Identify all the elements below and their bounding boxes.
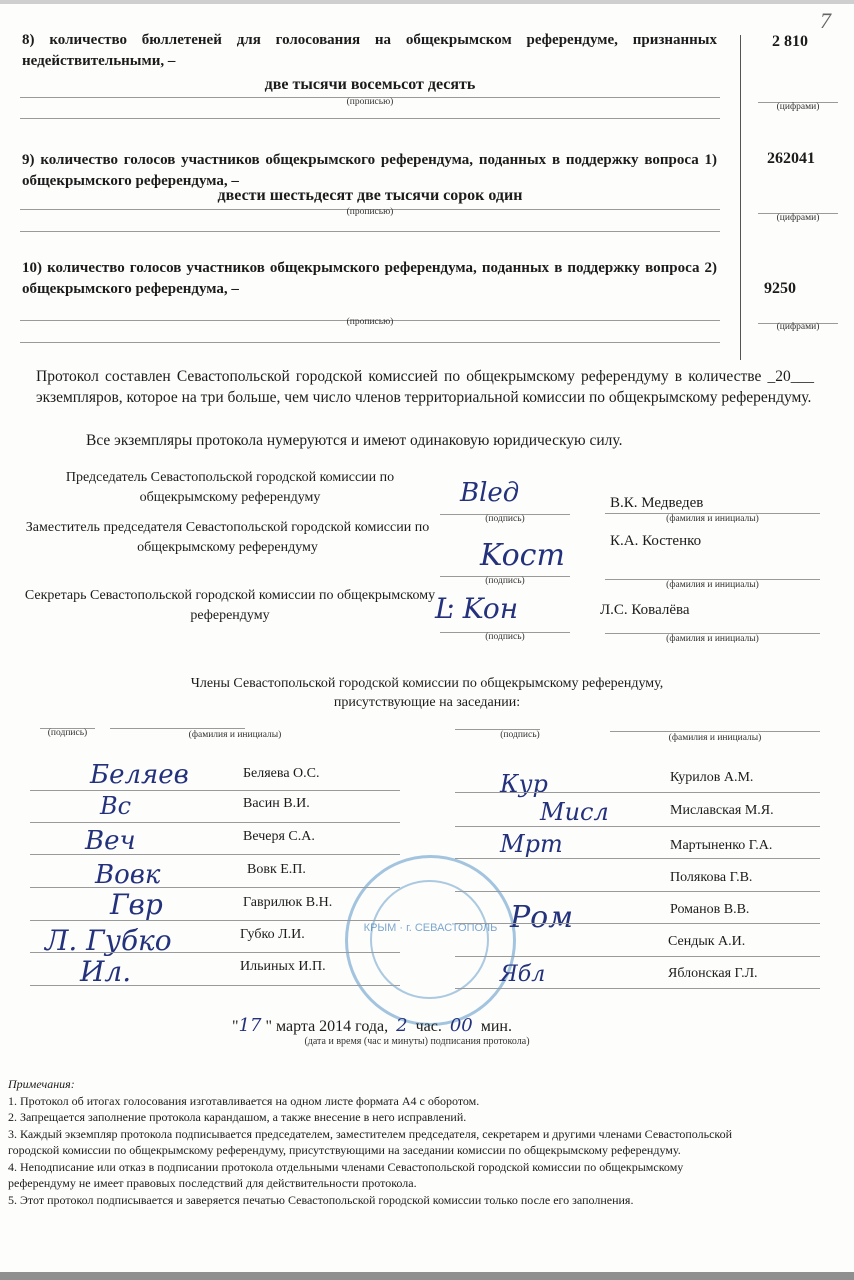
line [610,731,820,732]
minutes-label: мин. [481,1018,512,1035]
line [455,826,820,827]
members-heading-line2: присутствующие на заседании: [0,693,854,713]
item-8-text: 8) количество бюллетеней для голосования… [22,30,717,72]
item-10-digits-caption: (цифрами) [758,322,838,332]
secretary-signature: Ŀ Koн [435,592,518,625]
deputy-chairman-name: К.А. Костенко [610,533,701,550]
name-caption: (фамилия и инициалы) [605,514,820,524]
line [30,790,400,791]
name-caption: (фамилия и инициалы) [605,580,820,590]
member-signature-caption-left: (подпись) [40,728,95,738]
line [30,920,400,921]
note-item: 3. Каждый экземпляр протокола подписывае… [8,1126,778,1159]
notes-section: Примечания: 1. Протокол об итогах голосо… [8,1076,838,1208]
member-name: Гаврилюк В.Н. [243,895,332,911]
item-8-words-caption: (прописью) [20,97,720,107]
hour-label: час. [416,1018,442,1035]
line [110,728,245,729]
member-name: Васин В.И. [243,796,310,812]
item-10-words-caption: (прописью) [20,317,720,327]
member-name: Губко Л.И. [240,927,305,943]
signature-caption: (подпись) [440,576,570,586]
scan-top-edge [0,0,854,4]
member-name: Сендык А.И. [668,934,745,950]
member-name: Полякова Г.В. [670,870,752,886]
note-item: 4. Неподписание или отказ в подписании п… [8,1159,738,1192]
item-10-digits: 9250 [764,280,796,298]
datetime-caption: (дата и время (час и минуты) подписания … [232,1036,602,1047]
member-signature: Веч [85,826,136,856]
member-signature: Мисл [540,798,609,826]
member-signature: Кур [500,770,548,798]
line [455,988,820,989]
item-9-words-caption: (прописью) [20,207,720,217]
line [20,118,720,119]
secretary-role: Секретарь Севастопольской городской коми… [20,586,440,626]
note-item: 5. Этот протокол подписывается и заверяе… [8,1192,838,1209]
chairman-name: В.К. Медведев [610,495,703,512]
item-9-words: двести шестьдесят две тысячи сорок один [20,187,720,205]
signature-caption: (подпись) [440,514,570,524]
line [30,952,400,953]
item-10-text: 10) количество голосов участников общекр… [22,258,717,300]
member-signature: Ябл [500,962,545,987]
member-name: Яблонская Г.Л. [668,966,758,982]
chairman-signature: Bleд [460,478,519,508]
line [20,342,720,343]
note-item: 1. Протокол об итогах голосования изгота… [8,1093,838,1110]
member-signature: Ил. [80,955,131,988]
item-9-text: 9) количество голосов участников общекры… [22,150,717,192]
item-8-digits: 2 810 [772,33,808,51]
member-signature: Мрт [500,830,563,858]
time-hour: 2 [396,1015,407,1036]
stamp-inner-ring [370,880,489,999]
member-name: Вовк Е.П. [247,862,306,878]
member-name: Курилов А.М. [670,770,753,786]
date-month-year: марта 2014 года, [276,1018,388,1035]
time-minutes: 00 [450,1015,473,1036]
signing-datetime: "17 " марта 2014 года, 2 час. 00 мин. [232,1015,512,1036]
member-name: Вечеря С.А. [243,829,315,845]
item-number: 9) [22,152,35,168]
line [20,231,720,232]
date-day: 17 [239,1015,262,1036]
line [455,792,820,793]
member-name-caption-left: (фамилия и инициалы) [110,730,360,740]
line [455,891,820,892]
line [455,858,820,859]
handwritten-page-mark: 7 [820,8,831,34]
line [30,887,400,888]
name-caption: (фамилия и инициалы) [605,634,820,644]
official-stamp: КРЫМ · г. СЕВАСТОПОЛЬ [345,855,516,1026]
deputy-chairman-role: Заместитель председателя Севастопольской… [20,518,435,558]
member-name-caption-right: (фамилия и инициалы) [610,733,820,743]
line [30,985,400,986]
protocol-paragraph: Протокол составлен Севастопольской город… [36,366,814,408]
deputy-chairman-signature: Kocт [480,538,565,573]
item-9-digits-caption: (цифрами) [758,213,838,223]
member-signature-caption-right: (подпись) [455,730,585,740]
member-signature: Гвр [110,888,163,921]
member-name: Мартыненко Г.А. [670,838,772,854]
members-heading-line1: Члены Севастопольской городской комиссии… [0,674,854,694]
line [30,854,400,855]
member-name: Миславская М.Я. [670,803,774,819]
item-8-words: две тысячи восемьсот десять [20,76,720,94]
line [30,822,400,823]
item-number: 8) [22,32,35,48]
signature-caption: (подпись) [440,632,570,642]
member-name: Романов В.В. [670,902,749,918]
member-signature: Вс [100,792,131,820]
item-8-digits-caption: (цифрами) [758,102,838,112]
item-9-digits: 262041 [767,150,815,168]
member-name: Ильиных И.П. [240,959,326,975]
copies-paragraph: Все экземпляры протокола нумеруются и им… [36,430,814,451]
member-name: Беляева О.С. [243,766,319,782]
note-item: 2. Запрещается заполнение протокола кара… [8,1109,838,1126]
column-divider [740,35,741,360]
chairman-role: Председатель Севастопольской городской к… [20,468,440,508]
secretary-name: Л.С. Ковалёва [600,602,690,619]
member-signature: Беляев [90,760,189,790]
line [455,956,820,957]
member-signature: Ром [510,900,573,935]
scan-bottom-edge [0,1272,854,1280]
line [455,923,820,924]
member-signature: Вовк [95,860,160,890]
item-number: 10) [22,260,42,276]
notes-title: Примечания: [8,1076,838,1093]
